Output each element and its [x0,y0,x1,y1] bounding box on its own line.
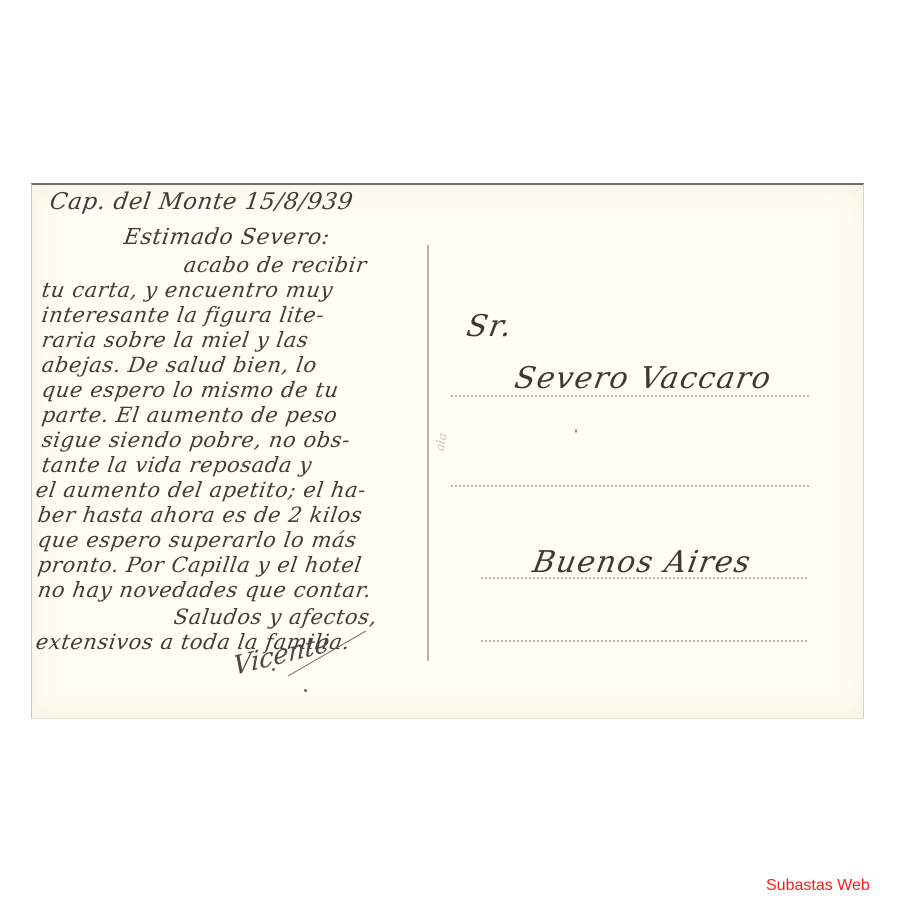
letter-dateline: Cap. del Monte 15/8/939 [48,189,355,215]
ink-dot [304,689,307,692]
postcard-back: Cap. del Monte 15/8/939 Estimado Severo:… [31,183,864,719]
letter-line: raria sobre la miel y las [40,328,310,352]
letter-line: ber hasta ahora es de 2 kilos [36,503,364,527]
letter-line: tante la vida reposada y [40,453,313,477]
watermark-subastas-web: Subastas Web [766,877,870,895]
letter-line: tu carta, y encuentro muy [40,278,334,302]
letter-line: que espero superarlo lo más [36,528,358,552]
letter-closing: Saludos y afectos, [172,605,378,629]
address-salutation: Sr. [464,309,516,344]
letter-line: abejas. De salud bien, lo [40,353,318,377]
address-line-2 [451,485,809,487]
letter-line: sigue siendo pobre, no obs- [40,428,351,452]
letter-line: parte. El aumento de peso [40,403,339,427]
letter-line: pronto. Por Capilla y el hotel [36,553,363,577]
letter-line: acabo de recibir [182,253,368,277]
ink-speck [575,429,577,433]
address-line-1 [451,395,809,397]
address-name: Severo Vaccaro [512,361,775,396]
letter-line: interesante la figura lite- [40,303,326,327]
ink-dot [272,668,275,671]
address-line-3 [481,577,807,579]
letter-line: el aumento del apetito; el ha- [34,478,367,502]
letter-line: no hay novedades que contar. [36,578,373,602]
letter-greeting: Estimado Severo: [122,225,331,250]
address-line-4 [481,640,807,642]
handwritten-letter: Cap. del Monte 15/8/939 Estimado Severo:… [32,185,427,718]
address-area: Sr. Severo Vaccaro Buenos Aires [429,185,863,718]
letter-line: que espero lo mismo de tu [40,378,340,402]
address-city: Buenos Aires [530,545,754,580]
